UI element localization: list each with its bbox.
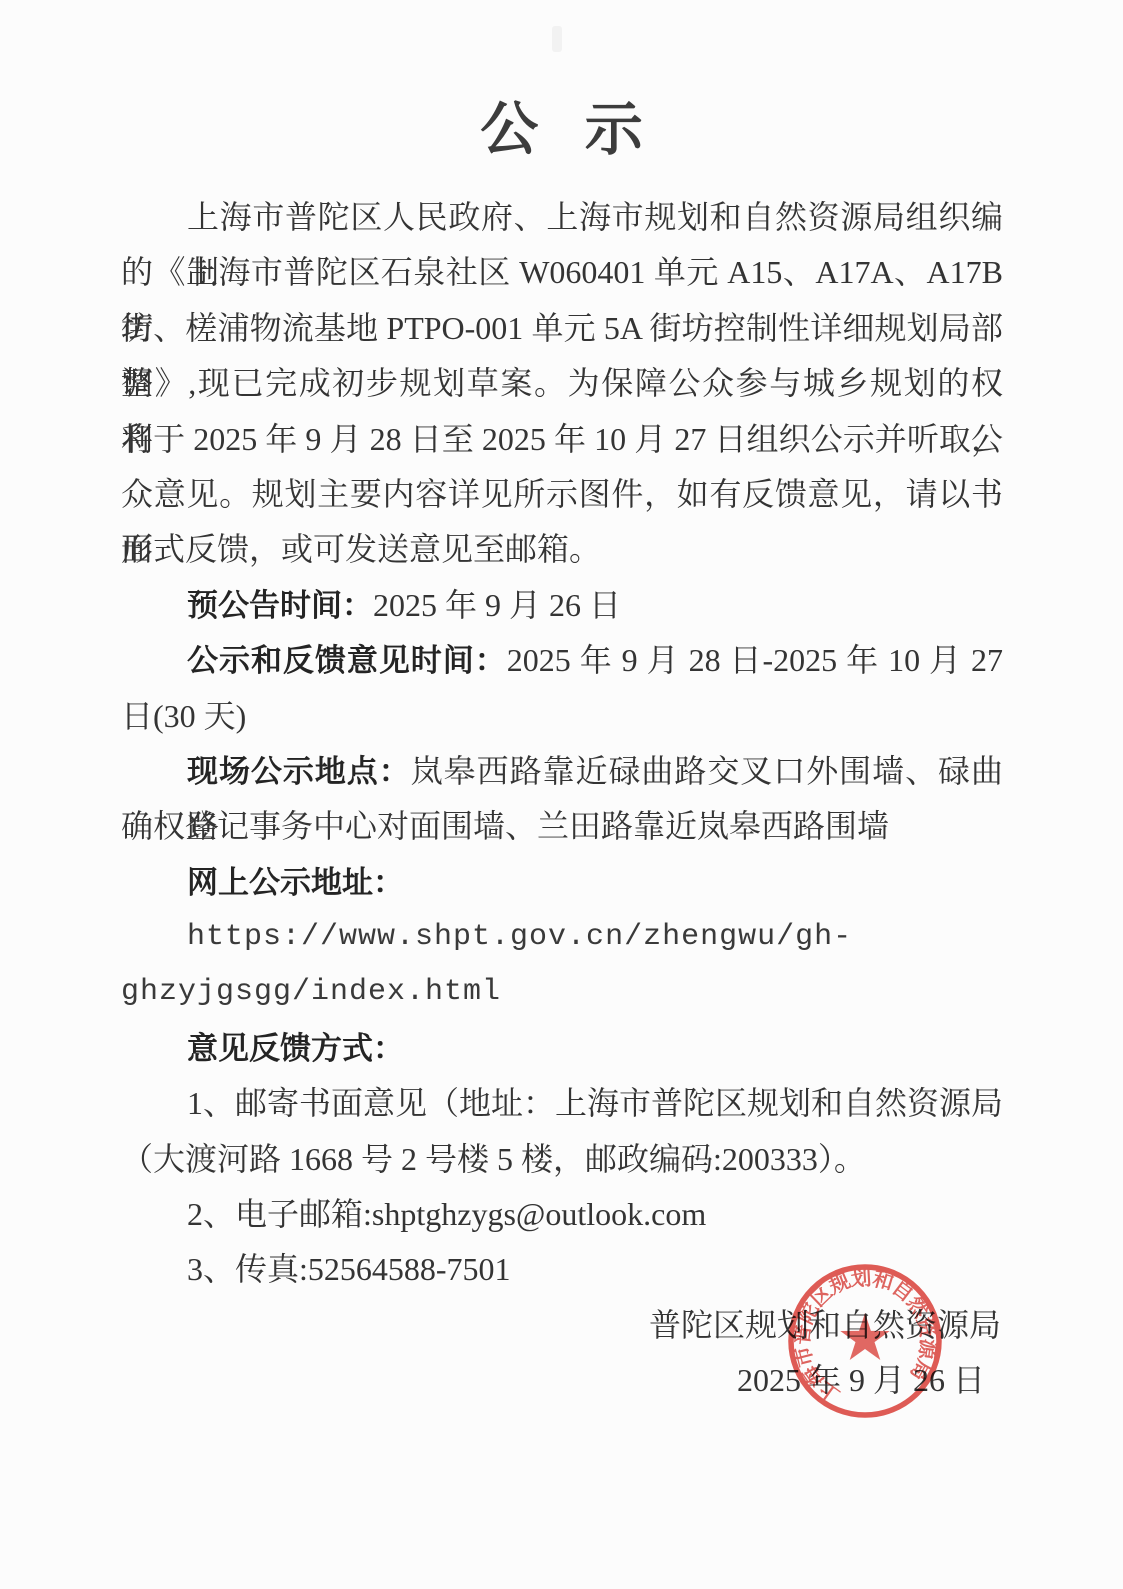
field-label: 意见反馈方式： <box>187 1031 404 1066</box>
text-line: 整》,现已完成初步规划草案。为保障公众参与城乡规划的权利， <box>121 356 1003 411</box>
text-line: 2、电子邮箱:shptghzygs@outlook.com <box>121 1187 1003 1242</box>
text-segment: 3、传真:52564588-7501 <box>187 1251 511 1287</box>
text-segment: 2025 年 9 月 28 日-2025 年 10 月 27 <box>507 642 1003 678</box>
scan-artifact <box>552 26 562 52</box>
text-line: （大渡河路 1668 号 2 号楼 5 楼，邮政编码:200333）。 <box>121 1132 1003 1187</box>
scanned-notice-page: { "page": { "background": "#fcfcfc", "in… <box>0 0 1123 1589</box>
text-line: 形式反馈，或可发送意见至邮箱。 <box>121 522 1003 577</box>
text-line: 上海市普陀区人民政府、上海市规划和自然资源局组织编制 <box>121 190 1003 245</box>
text-line: 确权登记事务中心对面围墙、兰田路靠近岚皋西路围墙 <box>121 799 1003 854</box>
red-star-icon <box>840 1313 889 1360</box>
text-line: https://www.shpt.gov.cn/zhengwu/gh- <box>121 910 1003 965</box>
text-segment: 形式反馈，或可发送意见至邮箱。 <box>121 531 601 567</box>
page-title: 公 示 <box>0 82 1123 166</box>
text-line: 众意见。规划主要内容详见所示图件，如有反馈意见，请以书面 <box>121 467 1003 522</box>
field-label: 预公告时间： <box>187 588 373 623</box>
text-segment: （大渡河路 1668 号 2 号楼 5 楼，邮政编码:200333）。 <box>121 1141 866 1177</box>
text-line: 1、邮寄书面意见（地址：上海市普陀区规划和自然资源局 <box>121 1076 1003 1131</box>
text-line: 坊、槎浦物流基地 PTPO-001 单元 5A 街坊控制性详细规划局部调 <box>121 301 1003 356</box>
text-segment: 1、邮寄书面意见（地址：上海市普陀区规划和自然资源局 <box>187 1085 1003 1121</box>
text-line: 日(30 天) <box>121 689 1003 744</box>
text-segment: 日(30 天) <box>121 698 246 734</box>
text-line: 现场公示地点：岚皋西路靠近碌曲路交叉口外围墙、碌曲路 <box>121 744 1003 799</box>
text-line: 的《上海市普陀区石泉社区 W060401 单元 A15、A17A、A17B 街 <box>121 245 1003 300</box>
text-segment: ghzyjgsgg/index.html <box>121 975 501 1009</box>
text-segment: 2、电子邮箱:shptghzygs@outlook.com <box>187 1196 706 1232</box>
field-label: 现场公示地点： <box>187 754 411 789</box>
official-seal-stamp: 上海市普陀区规划和自然资源局 <box>786 1261 944 1421</box>
text-segment: https://www.shpt.gov.cn/zhengwu/gh- <box>187 920 852 954</box>
text-segment: 2025 年 9 月 26 日 <box>373 587 621 623</box>
text-segment: 将于 2025 年 9 月 28 日至 2025 年 10 月 27 日组织公示… <box>121 421 1003 457</box>
text-line: ghzyjgsgg/index.html <box>121 965 1003 1020</box>
text-line: 将于 2025 年 9 月 28 日至 2025 年 10 月 27 日组织公示… <box>121 412 1003 467</box>
text-line: 网上公示地址： <box>121 855 1003 910</box>
text-segment: 确权登记事务中心对面围墙、兰田路靠近岚皋西路围墙 <box>121 808 889 844</box>
field-label: 网上公示地址： <box>187 865 404 900</box>
document-body: 上海市普陀区人民政府、上海市规划和自然资源局组织编制的《上海市普陀区石泉社区 W… <box>121 190 1003 1409</box>
text-line: 意见反馈方式： <box>121 1021 1003 1076</box>
field-label: 公示和反馈意见时间： <box>187 643 507 678</box>
text-line: 公示和反馈意见时间：2025 年 9 月 28 日-2025 年 10 月 27 <box>121 633 1003 688</box>
text-line: 预公告时间：2025 年 9 月 26 日 <box>121 578 1003 633</box>
